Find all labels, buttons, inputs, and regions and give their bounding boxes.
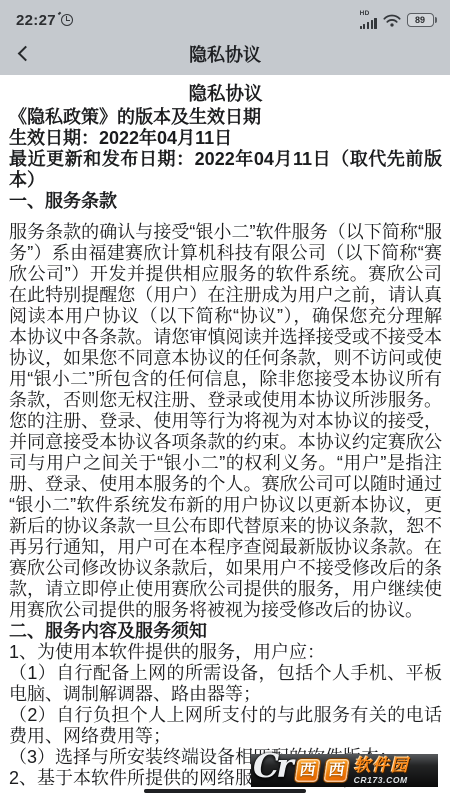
section2-heading: 二、服务内容及服务须知 bbox=[9, 621, 442, 642]
cellular-signal-icon: HD bbox=[360, 11, 377, 30]
section1-heading: 一、服务条款 bbox=[9, 191, 442, 212]
page-title: 隐私协议 bbox=[189, 41, 261, 67]
app-screen: 22:27 HD 89 bbox=[0, 0, 450, 800]
section2-line: （1）自行配备上网的所需设备，包括个人手机、平板电脑、调制解调器、路由器等； bbox=[9, 663, 442, 705]
watermark-text-column: 软件园 CR173.COM bbox=[354, 757, 410, 785]
section1-paragraph: 服务条款的确认与接受“银小二”软件服务（以下简称“服务”）系由福建赛欣计算机科技… bbox=[9, 222, 442, 621]
battery-icon: 89 bbox=[407, 13, 438, 27]
battery-percent: 89 bbox=[415, 15, 425, 25]
wifi-icon bbox=[383, 13, 401, 28]
alarm-clock-icon bbox=[61, 14, 73, 26]
hd-badge: HD bbox=[360, 11, 370, 18]
watermark-site-name: 软件园 bbox=[354, 757, 410, 774]
watermark-monogram: Cr bbox=[253, 749, 291, 782]
watermark-site-url: CR173.COM bbox=[354, 776, 410, 785]
status-time: 22:27 bbox=[16, 12, 56, 29]
watermark-logo: Cr 西 西 软件园 CR173.COM bbox=[251, 754, 438, 787]
watermark-box-xi-1: 西 bbox=[293, 758, 322, 783]
document-title: 隐私协议 bbox=[9, 83, 442, 104]
privacy-policy-content[interactable]: 隐私协议 《隐私政策》的版本及生效日期 生效日期：2022年04月11日 最近更… bbox=[0, 75, 450, 789]
nav-bar: 隐私协议 bbox=[0, 32, 450, 75]
signal-bars-icon bbox=[360, 18, 377, 29]
chevron-left-icon bbox=[17, 46, 33, 62]
status-bar: 22:27 HD 89 bbox=[0, 0, 450, 32]
status-bar-right: HD 89 bbox=[360, 11, 437, 30]
back-button[interactable] bbox=[8, 39, 38, 69]
status-bar-left: 22:27 bbox=[16, 12, 73, 29]
home-indicator[interactable] bbox=[144, 789, 306, 793]
version-line: 《隐私政策》的版本及生效日期 bbox=[9, 107, 442, 128]
watermark-box-xi-2: 西 bbox=[322, 758, 351, 783]
updated-date-line: 最近更新和发布日期：2022年04月11日（取代先前版本） bbox=[9, 149, 442, 191]
effective-date-line: 生效日期：2022年04月11日 bbox=[9, 128, 442, 149]
section2-line: 1、为使用本软件提供的服务，用户应： bbox=[9, 642, 442, 663]
section2-line: （2）自行负担个人上网所支付的与此服务有关的电话费用、网络费用等； bbox=[9, 705, 442, 747]
header: 22:27 HD 89 bbox=[0, 0, 450, 75]
battery-nub bbox=[435, 17, 438, 23]
